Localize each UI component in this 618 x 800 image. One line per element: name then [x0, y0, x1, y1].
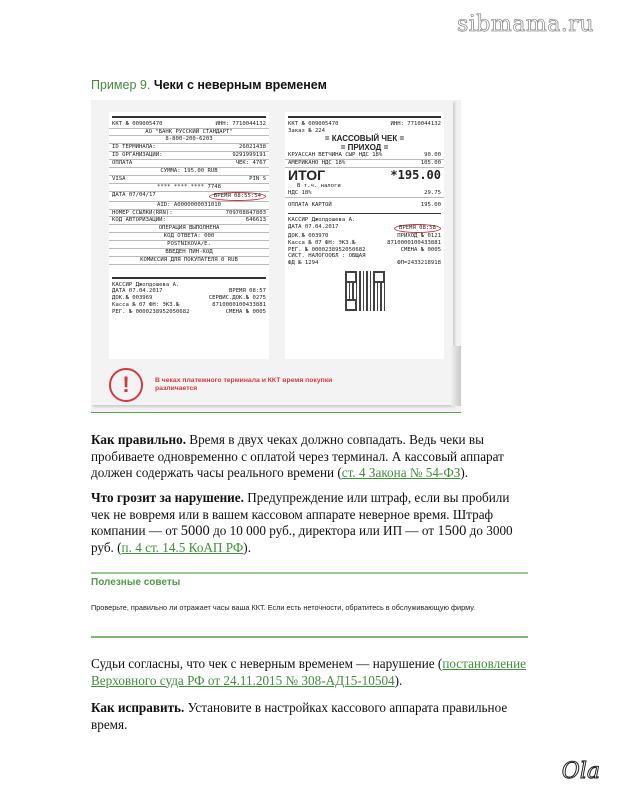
- receipt-line: Касса № 07 ФН: ЭКЗ.№8710000100433881: [285, 240, 444, 247]
- receipt-line: НОМЕР ССЫЛКИ(RRN):709708847803: [109, 210, 269, 218]
- receipt-line: Заказ № 224: [285, 128, 444, 135]
- receipt-line: ДОК.№ 003970ПРИХОД № 0121: [285, 233, 444, 240]
- receipt-line: ID ТЕРМИНАЛА:26021438: [109, 144, 269, 152]
- total-label: ИТОГ: [288, 168, 325, 183]
- receipt-line: ДАТА 07.04.2017ВРЕМЯ 08:57: [109, 288, 269, 295]
- receipt-line: КАССИР Джолдошева А.: [109, 282, 269, 289]
- how-right-label: Как правильно.: [91, 432, 186, 447]
- exclamation-circle-icon: !: [109, 368, 143, 402]
- vat-line: НДС 18%29.75: [285, 190, 444, 198]
- highlighted-time: ВРЕМЯ 08:58: [394, 224, 441, 233]
- divider: [91, 412, 461, 413]
- tips-divider-bottom: [91, 636, 528, 638]
- site-watermark: sibmama.ru: [457, 12, 594, 37]
- receipt-line: КОМИССИЯ ДЛЯ ПОКУПАТЕЛЯ 0 RUB: [109, 257, 269, 265]
- receipt-line: АО "БАНК РУССКИЙ СТАНДАРТ": [109, 129, 269, 137]
- tips-text: Проверьте, правильно ли отражает часы ва…: [91, 603, 475, 612]
- receipt-line: ВВЕДЕН ПИН-КОД: [109, 249, 269, 257]
- receipt-line: POSTNIKOVA/E.: [109, 241, 269, 249]
- receipt-line: ККТ № 009005470ИНН: 7710044132: [285, 121, 444, 128]
- how-right-paragraph: Как правильно. Время в двух чеках должно…: [91, 432, 531, 482]
- receipt-line: ДОК.№ 003969СЕРВИС.ДОК.№ 0275: [109, 295, 269, 302]
- receipt-line: ККТ № 009005470ИНН: 7710044132: [109, 121, 269, 129]
- qr-code: [345, 271, 385, 311]
- penalty-label: Что грозит за нарушение.: [91, 490, 244, 505]
- receipt-line: ОПЕРАЦИЯ ВЫПОЛНЕНА: [109, 225, 269, 233]
- fix-label: Как исправить.: [91, 700, 184, 715]
- tips-divider-top: [91, 572, 528, 574]
- koap-link[interactable]: п. 4 ст. 14.5 КоАП РФ: [122, 540, 244, 555]
- receipt-line: ДАТА 07.04.2017ВРЕМЯ 08:58: [285, 224, 444, 233]
- payment-line: ОПЛАТА КАРТОЙ195.00: [285, 202, 444, 209]
- receipt-line: **** **** **** 7748: [109, 184, 269, 192]
- receipt-line: КРУАССАН ВЕТЧИНА СЫР НДС 18%90.00: [285, 152, 444, 160]
- warning-note: ! В чеках платежного терминала и ККТ вре…: [109, 368, 355, 402]
- receipt-line: AID: A0000000031010: [109, 202, 269, 210]
- example-number: Пример 9.: [91, 78, 150, 92]
- highlighted-time: ВРЕМЯ 08:55:54: [209, 192, 266, 201]
- cash-register-receipt: ККТ № 009005470ИНН: 7710044132Заказ № 22…: [285, 112, 444, 359]
- receipt-line: СУММА: 195.00 RUB: [109, 168, 269, 176]
- receipt-title: = КАССОВЫЙ ЧЕК =: [285, 134, 444, 143]
- author-signature: Ola: [562, 759, 600, 784]
- receipt-line: ФД № 1294ФП=2433218918: [285, 260, 444, 267]
- receipt-subtitle: = ПРИХОД =: [285, 143, 444, 152]
- receipt-rule: [112, 116, 266, 118]
- receipt-line: КАССИР Джолдошева А.: [285, 217, 444, 224]
- receipt-line: ДАТА 07/04/17ВРЕМЯ 08:55:54: [109, 192, 269, 202]
- receipt-rule: [112, 277, 266, 279]
- payment-terminal-receipt: ККТ № 009005470ИНН: 7710044132АО "БАНК Р…: [109, 112, 269, 359]
- receipt-line: 8-800-200-6203: [109, 136, 269, 144]
- receipt-line: РЕГ. № 0000238952050682СМЕНА № 0005: [109, 309, 269, 316]
- tax-note: В т.ч. налоги: [285, 183, 444, 190]
- receipt-line: ID ОРГАНИЗАЦИИ:9291999191: [109, 152, 269, 160]
- court-paragraph: Судьи согласны, что чек с неверным време…: [91, 656, 531, 689]
- receipt-line: VISAPIN S: [109, 176, 269, 184]
- receipt-rule: [288, 213, 441, 214]
- penalty-paragraph: Что грозит за нарушение. Предупреждение …: [91, 490, 531, 556]
- receipt-line: РЕГ. № 0000238952050682СМЕНА № 0005: [285, 247, 444, 254]
- fix-paragraph: Как исправить. Установите в настройках к…: [91, 700, 531, 733]
- total-value: *195.00: [390, 168, 441, 183]
- tips-title: Полезные советы: [91, 577, 180, 588]
- receipt-line: ОПЛАТАЧЕК: 4767: [109, 160, 269, 168]
- paper-curl: [451, 346, 461, 406]
- receipt-line: СИСТ. НАЛОГООБЛ : ОБЩАЯ: [285, 253, 444, 260]
- receipt-line: Касса № 07 ФН: ЭКЗ.№8710000100433881: [109, 302, 269, 309]
- receipt-line: КОД ОТВЕТА: 000: [109, 233, 269, 241]
- law-54-fz-link[interactable]: ст. 4 Закона № 54-ФЗ: [342, 465, 461, 480]
- example-heading: Пример 9. Чеки с неверным временем: [91, 78, 327, 92]
- receipts-figure: ККТ № 009005470ИНН: 7710044132АО "БАНК Р…: [91, 100, 461, 412]
- warning-text: В чеках платежного терминала и ККТ время…: [155, 377, 355, 394]
- receipt-line: КОД АВТОРИЗАЦИИ:646613: [109, 217, 269, 225]
- example-title: Чеки с неверным временем: [154, 78, 327, 92]
- receipt-total: ИТОГ *195.00: [285, 168, 444, 183]
- receipt-rule: [288, 116, 441, 118]
